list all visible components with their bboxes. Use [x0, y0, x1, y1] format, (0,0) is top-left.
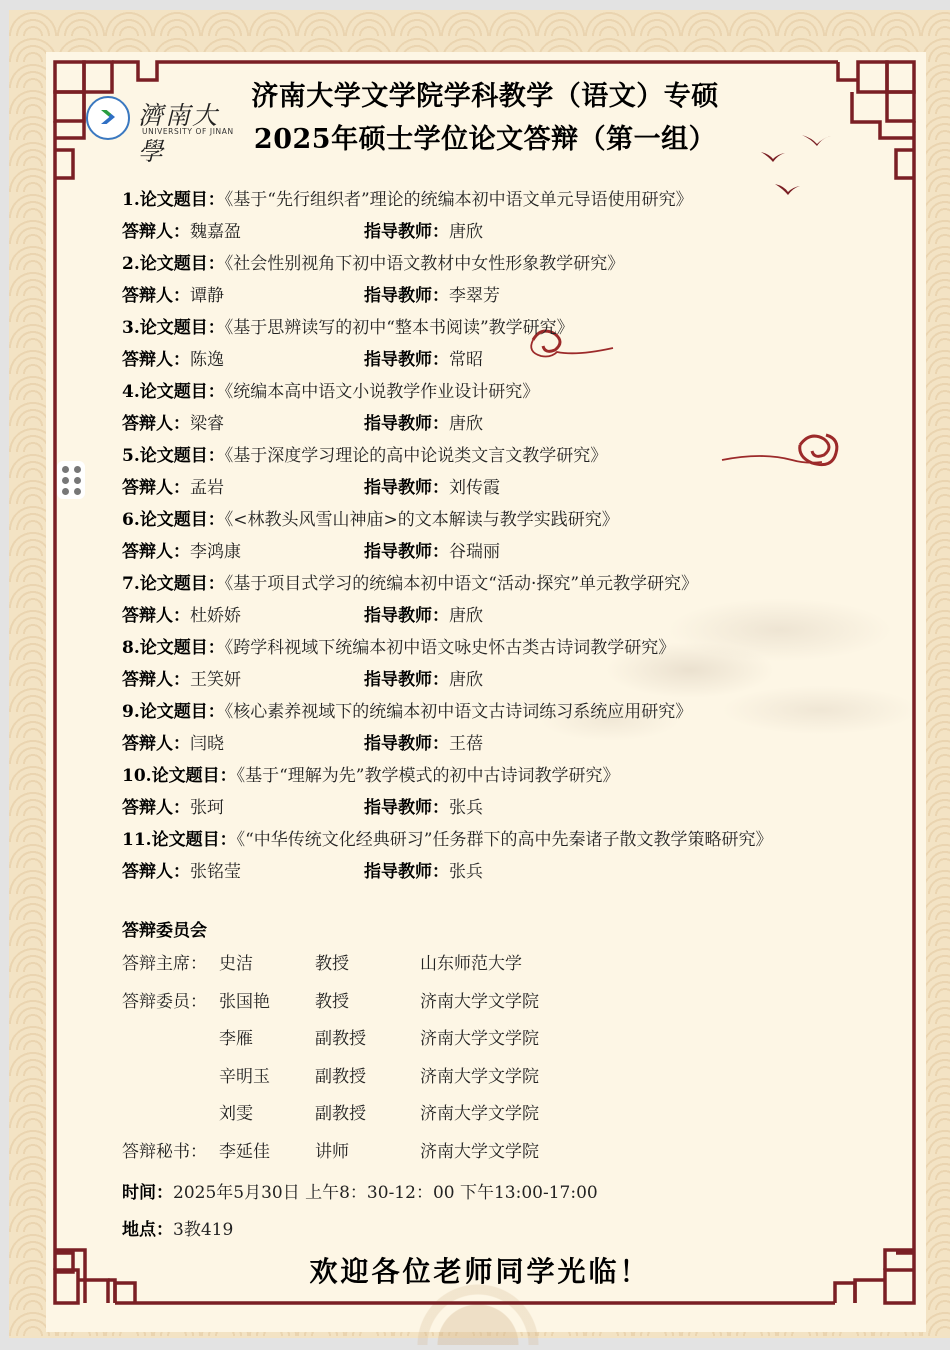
schedule-time: 时间：2025年5月30日 上午8：30-12：00 下午13:00-17:00	[122, 1180, 598, 1206]
advisor-name: 唐欣	[449, 606, 483, 626]
drag-handle[interactable]	[57, 461, 85, 499]
advisor-label: 指导教师：	[364, 350, 449, 370]
thesis-title-row: 9.论文题目：《核心素养视域下的统编本初中语文古诗词练习系统应用研究》	[122, 696, 862, 728]
thesis-number: 3.	[122, 318, 140, 338]
advisor-name: 唐欣	[449, 222, 483, 242]
advisor-label: 指导教师：	[364, 670, 449, 690]
member-org: 济南大学文学院	[420, 1059, 539, 1097]
defender-label: 答辩人：	[122, 542, 190, 562]
advisor-label: 指导教师：	[364, 734, 449, 754]
member-rank: 副教授	[315, 1096, 366, 1134]
thesis-number: 8.	[122, 638, 140, 658]
advisor-label: 指导教师：	[364, 478, 449, 498]
topic-label: 论文题目：	[140, 510, 225, 530]
time-label: 时间：	[122, 1183, 173, 1203]
university-name-en: UNIVERSITY OF JINAN	[142, 127, 234, 136]
advisor-name: 唐欣	[449, 670, 483, 690]
defender-name: 孟岩	[190, 478, 224, 498]
thesis-title-row: 10.论文题目：《基于“理解为先”教学模式的初中古诗词教学研究》	[122, 760, 862, 792]
committee-member-row: 答辩秘书：李延佳讲师济南大学文学院	[122, 1134, 842, 1172]
thesis-title: 《基于项目式学习的统编本初中语文“活动·探究”单元教学研究》	[225, 574, 698, 594]
member-rank: 副教授	[315, 1059, 366, 1097]
advisor-name: 刘传霞	[449, 478, 500, 498]
thesis-title: 《基于“先行组织者”理论的统编本初中语文单元导语使用研究》	[225, 190, 693, 210]
topic-label: 论文题目：	[140, 254, 225, 274]
thesis-title: 《基于深度学习理论的高中论说类文言文教学研究》	[225, 446, 608, 466]
thesis-title: 《基于“理解为先”教学模式的初中古诗词教学研究》	[237, 766, 620, 786]
defender-label: 答辩人：	[122, 414, 190, 434]
thesis-title-row: 11.论文题目：《“中华传统文化经典研习”任务群下的高中先秦诸子散文教学策略研究…	[122, 824, 862, 856]
thesis-people-row: 答辩人：谭静指导教师：李翠芳	[122, 280, 862, 312]
page-title-line1: 济南大学文学院学科教学（语文）专硕	[230, 74, 740, 113]
topic-label: 论文题目：	[140, 318, 225, 338]
time-value: 2025年5月30日 上午8：30-12：00 下午13:00-17:00	[173, 1183, 598, 1203]
thesis-number: 11.	[122, 830, 152, 850]
committee-member-row: 刘雯副教授济南大学文学院	[122, 1096, 842, 1134]
thesis-people-row: 答辩人：张铭莹指导教师：张兵	[122, 856, 862, 888]
defender-label: 答辩人：	[122, 286, 190, 306]
grip-dot-icon	[74, 477, 81, 484]
advisor-name: 王蓓	[449, 734, 483, 754]
thesis-people-row: 答辩人：梁睿指导教师：唐欣	[122, 408, 862, 440]
university-emblem-icon	[86, 96, 130, 140]
member-org: 济南大学文学院	[420, 984, 539, 1022]
defender-label: 答辩人：	[122, 862, 190, 882]
thesis-number: 5.	[122, 446, 140, 466]
advisor-label: 指导教师：	[364, 414, 449, 434]
grip-dot-icon	[74, 488, 81, 495]
defender-name: 杜娇娇	[190, 606, 241, 626]
thesis-people-row: 答辩人：陈逸指导教师：常昭	[122, 344, 862, 376]
committee-member-row: 答辩委员：张国艳教授济南大学文学院	[122, 984, 842, 1022]
advisor-label: 指导教师：	[364, 286, 449, 306]
thesis-title: 《“中华传统文化经典研习”任务群下的高中先秦诸子散文教学策略研究》	[237, 830, 773, 850]
member-org: 济南大学文学院	[420, 1134, 539, 1172]
university-logo: 濟南大學 UNIVERSITY OF JINAN	[86, 96, 236, 144]
advisor-label: 指导教师：	[364, 798, 449, 818]
committee-member-row: 答辩主席：史洁教授山东师范大学	[122, 946, 842, 984]
committee-member-row: 辛明玉副教授济南大学文学院	[122, 1059, 842, 1097]
defender-name: 闫晓	[190, 734, 224, 754]
thesis-number: 1.	[122, 190, 140, 210]
member-org: 济南大学文学院	[420, 1096, 539, 1134]
grip-dot-icon	[62, 466, 69, 473]
member-org: 济南大学文学院	[420, 1021, 539, 1059]
member-name: 李雁	[219, 1021, 253, 1059]
member-name: 辛明玉	[219, 1059, 270, 1097]
advisor-name: 张兵	[449, 862, 483, 882]
advisor-name: 唐欣	[449, 414, 483, 434]
place-label: 地点：	[122, 1220, 173, 1240]
member-org: 山东师范大学	[420, 946, 522, 984]
thesis-title-row: 1.论文题目：《基于“先行组织者”理论的统编本初中语文单元导语使用研究》	[122, 184, 862, 216]
place-value: 3教419	[173, 1220, 233, 1240]
thesis-title: 《基于思辨读写的初中“整本书阅读”教学研究》	[225, 318, 574, 338]
defender-name: 魏嘉盈	[190, 222, 241, 242]
defender-label: 答辩人：	[122, 798, 190, 818]
topic-label: 论文题目：	[140, 190, 225, 210]
committee-heading: 答辩委员会	[122, 916, 842, 946]
thesis-people-row: 答辩人：闫晓指导教师：王蓓	[122, 728, 862, 760]
thesis-people-row: 答辩人：张珂指导教师：张兵	[122, 792, 862, 824]
advisor-name: 李翠芳	[449, 286, 500, 306]
welcome-message: 欢迎各位老师同学光临！	[250, 1250, 710, 1290]
committee-member-row: 李雁副教授济南大学文学院	[122, 1021, 842, 1059]
thesis-title-row: 8.论文题目：《跨学科视域下统编本初中语文咏史怀古类古诗词教学研究》	[122, 632, 862, 664]
thesis-people-row: 答辩人：李鸿康指导教师：谷瑞丽	[122, 536, 862, 568]
member-role: 答辩主席：	[122, 946, 207, 984]
member-rank: 教授	[315, 946, 349, 984]
defender-name: 梁睿	[190, 414, 224, 434]
defender-label: 答辩人：	[122, 606, 190, 626]
topic-label: 论文题目：	[140, 382, 225, 402]
thesis-number: 6.	[122, 510, 140, 530]
member-name: 李延佳	[219, 1134, 270, 1172]
defender-name: 张珂	[190, 798, 224, 818]
defender-name: 谭静	[190, 286, 224, 306]
thesis-title: 《核心素养视域下的统编本初中语文古诗词练习系统应用研究》	[225, 702, 693, 722]
grip-dot-icon	[62, 488, 69, 495]
advisor-name: 常昭	[449, 350, 483, 370]
member-rank: 副教授	[315, 1021, 366, 1059]
topic-label: 论文题目：	[152, 830, 237, 850]
defender-name: 王笑妍	[190, 670, 241, 690]
topic-label: 论文题目：	[140, 446, 225, 466]
topic-label: 论文题目：	[140, 574, 225, 594]
advisor-label: 指导教师：	[364, 542, 449, 562]
thesis-number: 7.	[122, 574, 140, 594]
member-rank: 教授	[315, 984, 349, 1022]
defender-name: 陈逸	[190, 350, 224, 370]
schedule-place: 地点：3教419	[122, 1217, 233, 1243]
defender-label: 答辩人：	[122, 222, 190, 242]
thesis-title: 《社会性别视角下初中语文教材中女性形象教学研究》	[225, 254, 625, 274]
thesis-title-row: 5.论文题目：《基于深度学习理论的高中论说类文言文教学研究》	[122, 440, 862, 472]
member-name: 刘雯	[219, 1096, 253, 1134]
thesis-title-row: 3.论文题目：《基于思辨读写的初中“整本书阅读”教学研究》	[122, 312, 862, 344]
thesis-title-row: 4.论文题目：《统编本高中语文小说教学作业设计研究》	[122, 376, 862, 408]
thesis-title-row: 7.论文题目：《基于项目式学习的统编本初中语文“活动·探究”单元教学研究》	[122, 568, 862, 600]
defender-label: 答辩人：	[122, 734, 190, 754]
member-rank: 讲师	[315, 1134, 349, 1172]
topic-label: 论文题目：	[152, 766, 237, 786]
defender-label: 答辩人：	[122, 350, 190, 370]
thesis-title-row: 6.论文题目：《<林教头风雪山神庙>的文本解读与教学实践研究》	[122, 504, 862, 536]
member-role: 答辩秘书：	[122, 1134, 207, 1172]
thesis-number: 4.	[122, 382, 140, 402]
thesis-number: 10.	[122, 766, 152, 786]
advisor-name: 谷瑞丽	[449, 542, 500, 562]
defender-name: 张铭莹	[190, 862, 241, 882]
thesis-title: 《统编本高中语文小说教学作业设计研究》	[225, 382, 540, 402]
member-role: 答辩委员：	[122, 984, 207, 1022]
member-name: 史洁	[219, 946, 253, 984]
thesis-people-row: 答辩人：杜娇娇指导教师：唐欣	[122, 600, 862, 632]
page-title-line2: 2025年硕士学位论文答辩（第一组）	[230, 117, 740, 156]
advisor-name: 张兵	[449, 798, 483, 818]
topic-label: 论文题目：	[140, 638, 225, 658]
thesis-number: 2.	[122, 254, 140, 274]
thesis-title: 《跨学科视域下统编本初中语文咏史怀古类古诗词教学研究》	[225, 638, 676, 658]
advisor-label: 指导教师：	[364, 606, 449, 626]
defender-name: 李鸿康	[190, 542, 241, 562]
member-name: 张国艳	[219, 984, 270, 1022]
advisor-label: 指导教师：	[364, 862, 449, 882]
grip-dot-icon	[74, 466, 81, 473]
thesis-title-row: 2.论文题目：《社会性别视角下初中语文教材中女性形象教学研究》	[122, 248, 862, 280]
advisor-label: 指导教师：	[364, 222, 449, 242]
thesis-people-row: 答辩人：魏嘉盈指导教师：唐欣	[122, 216, 862, 248]
grip-dot-icon	[62, 477, 69, 484]
thesis-number: 9.	[122, 702, 140, 722]
defender-label: 答辩人：	[122, 478, 190, 498]
committee-section: 答辩委员会 答辩主席：史洁教授山东师范大学答辩委员：张国艳教授济南大学文学院李雁…	[122, 916, 842, 1171]
topic-label: 论文题目：	[140, 702, 225, 722]
thesis-people-row: 答辩人：孟岩指导教师：刘传霞	[122, 472, 862, 504]
defender-label: 答辩人：	[122, 670, 190, 690]
thesis-list: 1.论文题目：《基于“先行组织者”理论的统编本初中语文单元导语使用研究》答辩人：…	[122, 184, 862, 888]
thesis-people-row: 答辩人：王笑妍指导教师：唐欣	[122, 664, 862, 696]
thesis-title: 《<林教头风雪山神庙>的文本解读与教学实践研究》	[225, 510, 619, 530]
